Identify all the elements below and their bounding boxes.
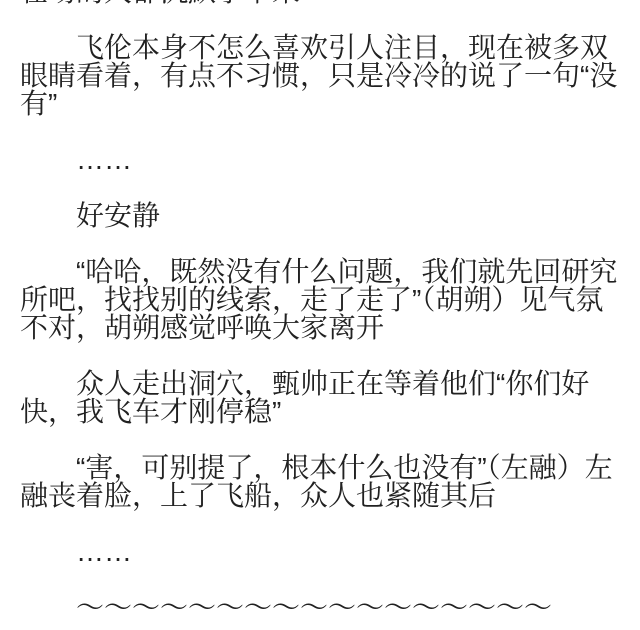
- paragraph-zhenshuai: 众人走出洞穴，甄帅正在等着他们“你们好快，我飞车才刚停稳”: [20, 370, 620, 426]
- ellipsis-line: ……: [20, 146, 620, 174]
- ellipsis-line: ……: [20, 538, 620, 566]
- paragraph-hushuo: “哈哈，既然没有什么问题，我们就先回研究所吧，找找别的线索，走了走了”（胡朔）见…: [20, 258, 620, 342]
- paragraph-feilun: 飞伦本身不怎么喜欢引人注目，现在被多双眼睛看着，有点不习惯，只是冷冷的说了一句“…: [20, 34, 620, 118]
- clipped-text-line: 在场的人都沉默了下来: [20, 0, 620, 6]
- paragraph-zuorong: “害，可别提了，根本什么也没有”（左融）左融丧着脸，上了飞船，众人也紧随其后: [20, 454, 620, 510]
- novel-reader-page: 在场的人都沉默了下来 飞伦本身不怎么喜欢引人注目，现在被多双眼睛看着，有点不习惯…: [0, 0, 640, 630]
- paragraph-quiet: 好安静: [20, 202, 620, 230]
- tilde-section-divider: ～～～～～～～～～～～～～～～～～: [20, 594, 620, 622]
